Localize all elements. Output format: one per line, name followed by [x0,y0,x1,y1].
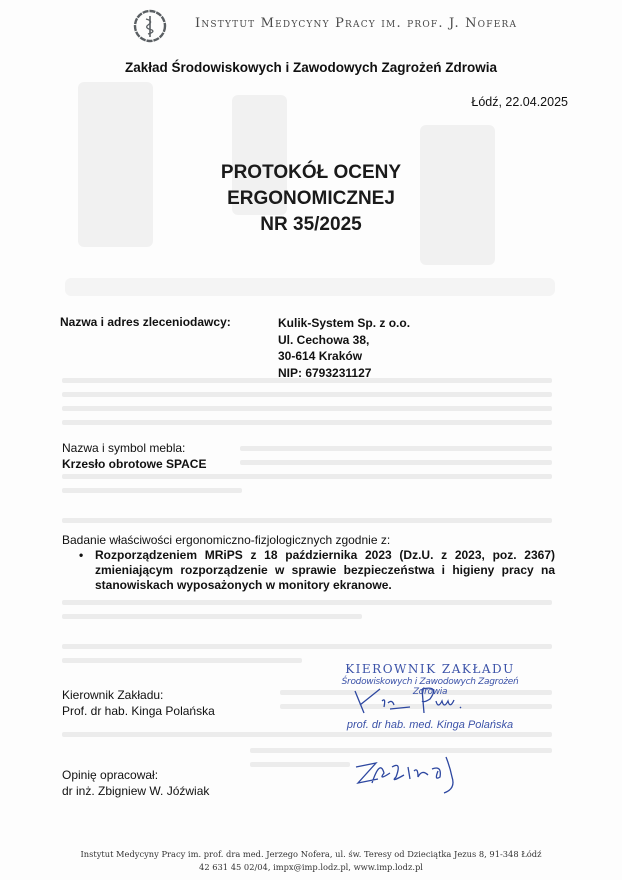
client-city: 30-614 Kraków [278,348,410,365]
title-line-2: ERGONOMICZNEJ [0,186,622,212]
author-name: dr inż. Zbigniew W. Jóźwiak [62,784,209,798]
document-page: Instytut Medycyny Pracy im. prof. J. Nof… [0,0,622,880]
basis-list-item: • Rozporządzeniem MRiPS z 18 październik… [95,548,555,593]
footer-address: Instytut Medycyny Pracy im. prof. dra me… [0,848,622,861]
handwritten-signature-head [350,683,480,719]
stamp-title: KIEROWNIK ZAKŁADU [335,662,525,676]
client-label: Nazwa i adres zleceniodawcy: [60,315,231,329]
author-label: Opinię opracował: [62,768,158,782]
place-and-date: Łódź, 22.04.2025 [471,95,568,109]
letterhead: Instytut Medycyny Pracy im. prof. J. Nof… [0,4,622,44]
head-name: Prof. dr hab. Kinga Polańska [62,704,215,718]
client-name: Kulik-System Sp. z o.o. [278,315,410,332]
bullet-icon: • [79,548,83,563]
caduceus-seal-icon [133,9,167,43]
basis-intro: Badanie właściwości ergonomiczno-fizjolo… [62,533,390,547]
client-street: Ul. Cechowa 38, [278,332,410,349]
handwritten-signature-author [350,753,480,797]
document-title: PROTOKÓŁ OCENY ERGONOMICZNEJ NR 35/2025 [0,160,622,238]
furniture-label: Nazwa i symbol mebla: [62,441,185,455]
department-name: Zakład Środowiskowych i Zawodowych Zagro… [0,60,622,75]
client-nip: NIP: 6793231127 [278,365,410,382]
furniture-name: Krzesło obrotowe SPACE [62,457,206,471]
title-line-3: NR 35/2025 [0,212,622,238]
stamp-name: prof. dr hab. med. Kinga Polańska [335,719,525,731]
footer-contact: 42 631 45 02/04, impx@imp.lodz.pl, www.i… [0,861,622,874]
client-details: Kulik-System Sp. z o.o. Ul. Cechowa 38, … [278,315,410,381]
page-footer: Instytut Medycyny Pracy im. prof. dra me… [0,848,622,874]
head-label: Kierownik Zakładu: [62,688,163,702]
institute-name: Instytut Medycyny Pracy im. prof. J. Nof… [195,16,517,31]
basis-item-text: Rozporządzeniem MRiPS z 18 października … [95,548,555,592]
title-line-1: PROTOKÓŁ OCENY [0,160,622,186]
